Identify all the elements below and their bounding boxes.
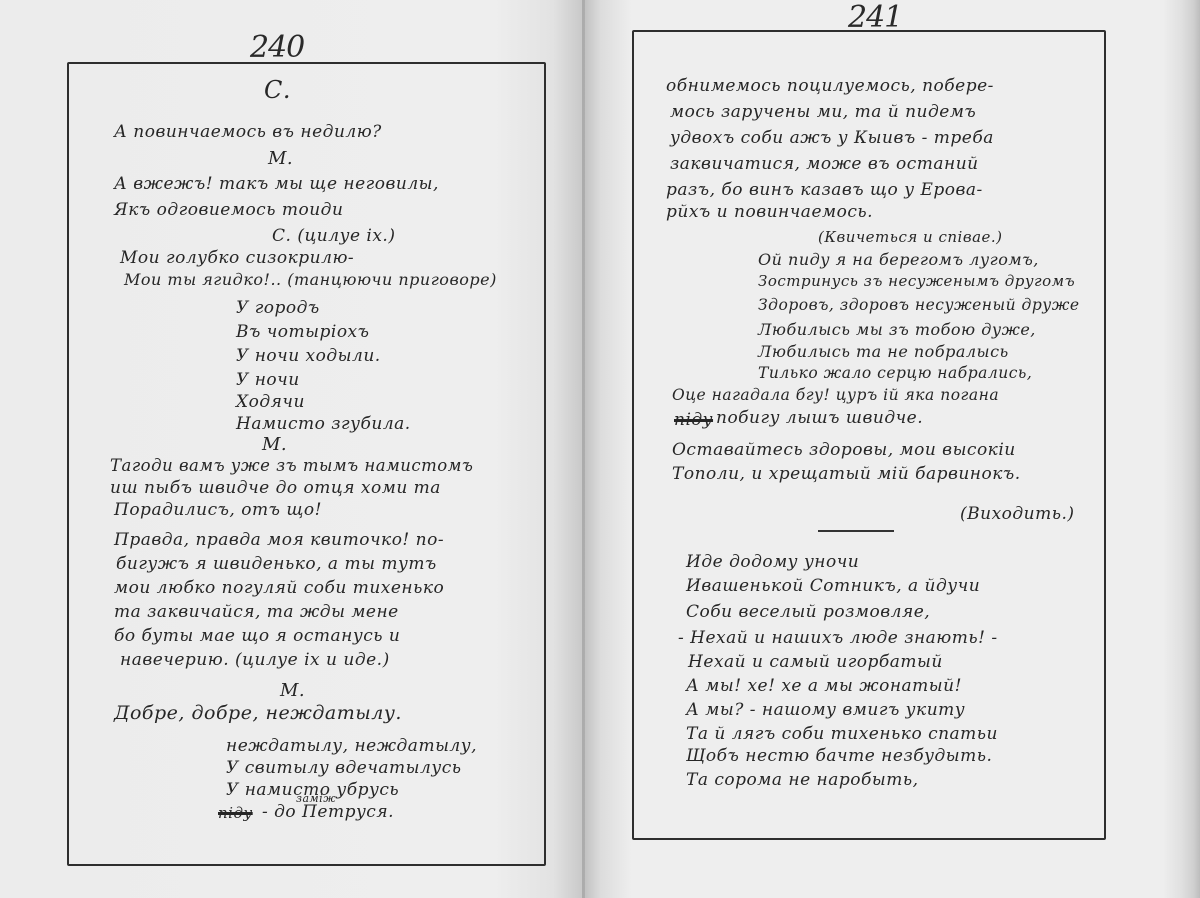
song-line: Ходячи <box>236 392 305 412</box>
verse-line: А мы! хе! хе а мы жонатый! <box>686 676 962 696</box>
manuscript-line: Мои голубко сизокрилю- <box>120 248 354 268</box>
song-line: Тилько жало серцю набрались, <box>758 364 1032 382</box>
manuscript-line: та заквичайся, та жды мене <box>114 602 399 622</box>
verse-line: Та сорома не наробыть, <box>686 770 919 790</box>
manuscript-line: иш пыбъ швидче до отця хоми та <box>110 478 441 498</box>
speaker-label: С. <box>264 76 291 104</box>
verse-line: Та й лягъ соби тихенько спатьи <box>686 724 998 744</box>
manuscript-line: Мои ты ягидко!.. (танцюючи приговоре) <box>124 270 497 289</box>
manuscript-line: бо буты мае що я останусь и <box>114 626 400 646</box>
struck-word: пiду <box>218 804 253 822</box>
stage-direction: С. (цилуе ix.) <box>272 226 395 246</box>
manuscript-line: заквичатися, може въ останий <box>670 154 979 174</box>
song-line: неждатылу, неждатылу, <box>226 736 477 756</box>
song-line: Здоровъ, здоровъ несуженый друже <box>758 296 1080 314</box>
verse-line: Нехай и самый игорбатый <box>688 652 943 672</box>
verse-line: Иде додому уночи <box>686 552 859 572</box>
manuscript-line: А вжежъ! такъ мы ще неговилы, <box>114 174 439 194</box>
song-line: Любилысь мы зъ тобою дуже, <box>758 320 1036 339</box>
stage-direction: (Квичеться и спiвае.) <box>818 228 1003 246</box>
manuscript-line: рйхъ и повинчаемось. <box>666 202 873 222</box>
song-line: У ночи <box>236 370 300 390</box>
manuscript-line: Правда, правда моя квиточко! по- <box>114 530 444 550</box>
manuscript-line: Оставайтесь здоровы, мои высокiи <box>672 440 1016 460</box>
song-line: Въ чотырiохъ <box>236 322 369 342</box>
manuscript-line: удвохъ соби ажъ у Кыивъ - треба <box>670 128 994 148</box>
verse-line: - Нехай и нашихъ люде знають! - <box>678 628 998 648</box>
section-divider <box>818 530 894 532</box>
manuscript-line: побигу лышъ швидче. <box>716 408 923 428</box>
page-number-left: 240 <box>250 30 304 65</box>
song-line: Любилысь та не побралысь <box>758 342 1009 361</box>
manuscript-line: навечерию. (цилуе ix и иде.) <box>120 650 390 670</box>
song-line: У свитылу вдечатылусь <box>226 758 461 778</box>
verse-line: Соби веселый розмовляе, <box>686 602 930 622</box>
manuscript-line: Порадилисъ, отъ що! <box>114 500 322 520</box>
manuscript-line: бигужъ я швиденько, а ты тутъ <box>116 554 437 574</box>
manuscript-line: Добре, добре, неждатылу. <box>114 702 402 724</box>
song-line: - до Петруся. <box>262 802 394 822</box>
song-line: Ой пиду я на берегомъ лугомъ, <box>758 250 1039 269</box>
song-line: У городъ <box>236 298 320 318</box>
manuscript-line: Тагоди вамъ уже зъ тымъ намистомъ <box>110 456 473 475</box>
manuscript-line: разъ, бо винъ казавъ що у Ерова- <box>666 180 983 200</box>
song-line: Зостринусь зъ несуженымъ другомъ <box>758 272 1075 290</box>
verse-line: Ивашенькой Сотникъ, а йдучи <box>686 576 980 596</box>
book-spread: 240 С. А повинчаемось въ недилю? М. А вж… <box>0 0 1200 898</box>
manuscript-line: мось заручены ми, та й пидемъ <box>670 102 976 122</box>
manuscript-line: обнимемось поцилуемось, побере- <box>666 76 994 96</box>
stage-direction: (Виходить.) <box>960 504 1075 524</box>
book-spine <box>582 0 585 898</box>
speaker-label: М. <box>280 680 305 701</box>
song-line: Намисто згубила. <box>236 414 411 434</box>
speaker-label: М. <box>262 434 287 455</box>
manuscript-line: Якъ одговиемось тоиди <box>114 200 343 220</box>
verse-line: А мы? - нашому вмигъ укиту <box>686 700 965 720</box>
manuscript-line: Оце нагадала бгу! цуръ iй яка погана <box>672 386 999 404</box>
manuscript-line: А повинчаемось въ недилю? <box>114 122 382 142</box>
struck-word: пiду <box>674 410 713 430</box>
speaker-label: М. <box>268 148 293 169</box>
manuscript-line: Тополи, и хрещатый мiй барвинокъ. <box>672 464 1021 484</box>
manuscript-line: мои любко погуляй соби тихенько <box>114 578 444 598</box>
verse-line: Щобъ нестю бачте незбудыть. <box>686 746 992 766</box>
song-line: У ночи ходыли. <box>236 346 381 366</box>
